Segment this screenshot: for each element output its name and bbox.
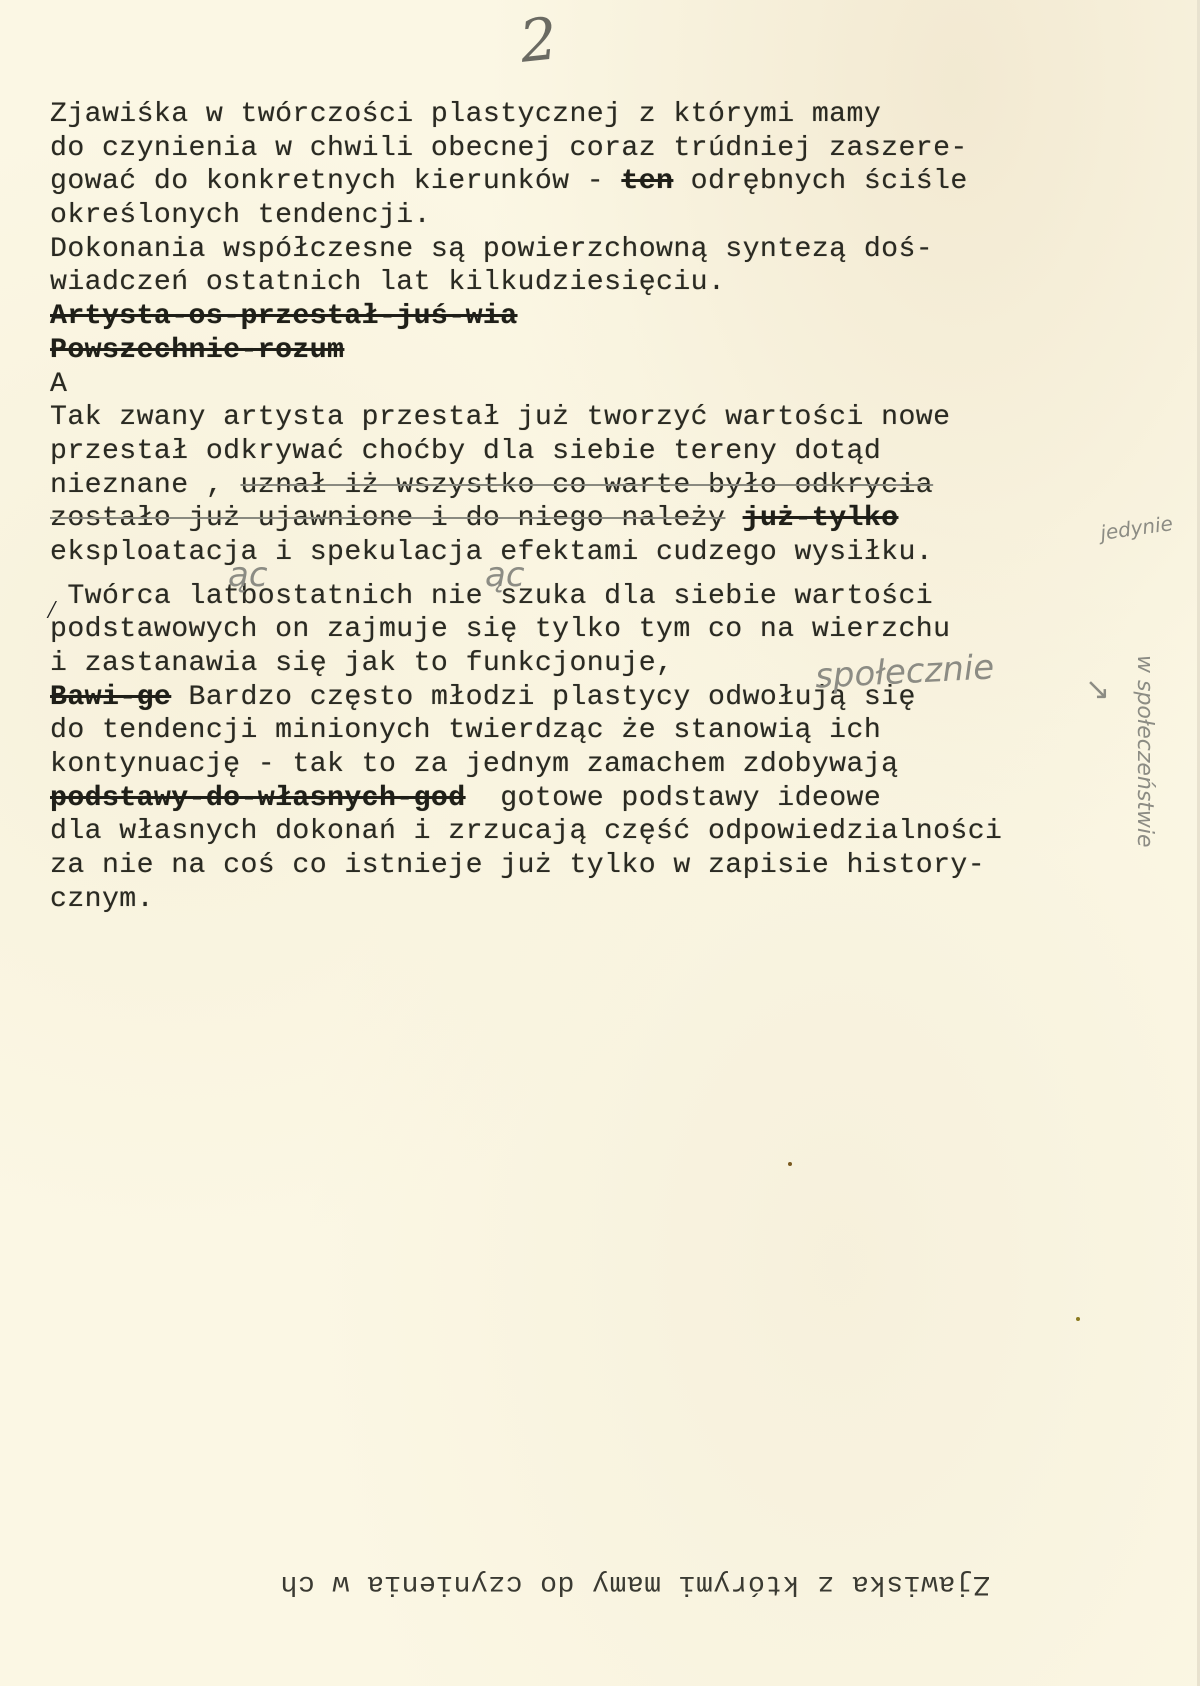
text-line: podstawowych on zajmuje się tylko tym co… — [50, 613, 1002, 647]
text-span: A — [50, 369, 67, 400]
text-span: określonych tendencji. — [50, 200, 431, 231]
text-line: A — [50, 368, 1002, 402]
text-span: Zjawiśka w twórczości plastycznej z któr… — [50, 99, 881, 130]
paragraph-mark: ⁄ — [44, 596, 60, 626]
upside-down-typed-line: Zjawiska z którymi mamy do czynienia w c… — [280, 1568, 990, 1599]
typed-text-body: Zjawiśka w twórczości plastycznej z któr… — [50, 98, 1002, 917]
struck-text: ten — [621, 166, 673, 197]
text-span: za nie na coś co istnieje już tylko w za… — [50, 850, 985, 881]
text-line: cznym. — [50, 883, 1002, 917]
text-line: dla własnych dokonań i zrzucają część od… — [50, 815, 1002, 849]
text-line: do tendencji minionych twierdząc że stan… — [50, 714, 1002, 748]
text-span: Dokonania współczesne są powierzchowną s… — [50, 234, 933, 265]
text-span: gować do konkretnych kierunków - — [50, 166, 621, 197]
text-span: dla własnych dokonań i zrzucają część od… — [50, 816, 1002, 847]
text-line: przestał odkrywać choćby dla siebie tere… — [50, 435, 1002, 469]
text-span: cznym. — [50, 884, 154, 915]
text-span — [725, 503, 742, 534]
struck-text: zostało już ujawnione i do niego należy — [50, 503, 725, 534]
text-line: Zjawiśka w twórczości plastycznej z któr… — [50, 98, 1002, 132]
text-span: do czynienia w chwili obecnej coraz trúd… — [50, 133, 968, 164]
handwritten-arrow-icon: ↘ — [1085, 672, 1110, 707]
text-span: i zastanawia się jak to funkcjonuje, — [50, 648, 673, 679]
text-line: wiadczeń ostatnich lat kilkudziesięciu. — [50, 266, 1002, 300]
text-line: Tak zwany artysta przestał już tworzyć w… — [50, 401, 1002, 435]
text-span: nieznane , — [50, 470, 240, 501]
handwritten-correction-2: ąc — [485, 555, 525, 595]
paper-speck — [1076, 1317, 1080, 1321]
struck-text: podstawy-do-własnych-god — [50, 783, 466, 814]
text-span: podstawowych on zajmuje się tylko tym co… — [50, 614, 950, 645]
paragraph-gap — [50, 570, 1002, 580]
text-line: Twórca latbostatnich nie szuka dla siebi… — [50, 580, 1002, 614]
struck-text: już-tylko — [743, 503, 899, 534]
text-line: podstawy-do-własnych-god gotowe podstawy… — [50, 782, 1002, 816]
text-line: gować do konkretnych kierunków - ten odr… — [50, 165, 1002, 199]
text-span: kontynuację - tak to za jednym zamachem … — [50, 749, 898, 780]
text-line: eksploatacja i spekulacja efektami cudze… — [50, 536, 1002, 570]
text-span: do tendencji minionych twierdząc że stan… — [50, 715, 881, 746]
text-line: do czynienia w chwili obecnej coraz trúd… — [50, 132, 1002, 166]
struck-text: Powszechnie-rozum — [50, 335, 344, 366]
text-line: Powszechnie-rozum — [50, 334, 1002, 368]
text-line: określonych tendencji. — [50, 199, 1002, 233]
text-line: Artysta-os-przestał-juś-wia — [50, 300, 1002, 334]
text-line: zostało już ujawnione i do niego należy … — [50, 502, 1002, 536]
text-line: kontynuację - tak to za jednym zamachem … — [50, 748, 1002, 782]
page-number: 2 — [517, 4, 561, 75]
text-line: za nie na coś co istnieje już tylko w za… — [50, 849, 1002, 883]
handwritten-margin-note: w społeczeństwie — [1130, 655, 1158, 848]
paper-speck — [788, 1162, 792, 1166]
text-span: gotowe podstawy ideowe — [466, 783, 882, 814]
struck-text: uznał iż wszystko co warte było odkrycia — [240, 470, 933, 501]
handwritten-correction-1: ąc — [228, 555, 268, 595]
text-span: Bardzo często młodzi plastycy odwołują s… — [171, 682, 916, 713]
text-span: odrębnych ściśle — [673, 166, 967, 197]
text-line: Dokonania współczesne są powierzchowną s… — [50, 233, 1002, 267]
handwritten-note-jedynie: jedynie — [1099, 511, 1175, 545]
struck-text: Artysta-os-przestał-juś-wia — [50, 301, 518, 332]
text-line: nieznane , uznał iż wszystko co warte by… — [50, 469, 1002, 503]
struck-text: Bawi-ge — [50, 682, 171, 713]
text-span: wiadczeń ostatnich lat kilkudziesięciu. — [50, 267, 725, 298]
text-span: Tak zwany artysta przestał już tworzyć w… — [50, 402, 950, 433]
text-span: przestał odkrywać choćby dla siebie tere… — [50, 436, 881, 467]
